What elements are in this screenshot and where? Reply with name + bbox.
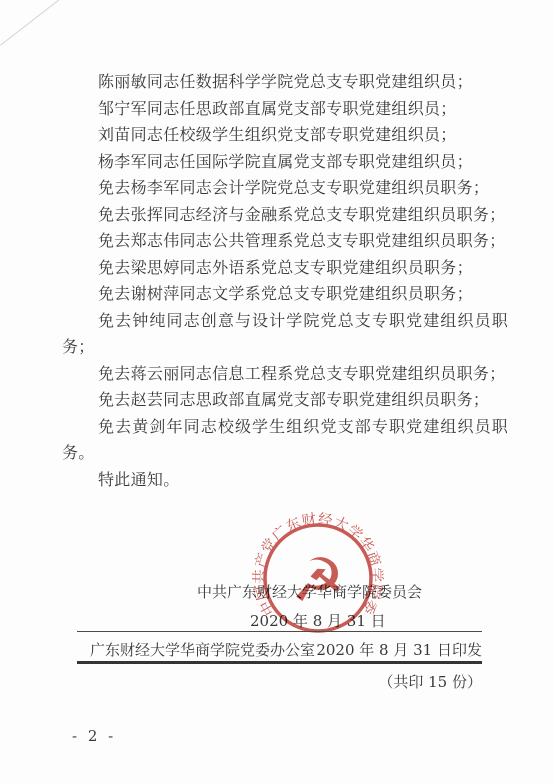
hammer-sickle-icon: ☭ bbox=[291, 546, 345, 616]
body-paragraph: 免去黄剑年同志校级学生组织党支部专职党建组织员职务。 bbox=[62, 414, 508, 467]
body-paragraph: 杨李军同志任国际学院直属党支部专职党建组织员； bbox=[62, 149, 508, 176]
footer-imprint-line: 广东财经大学华商学院党委办公室 2020 年 8 月 31 日印发 bbox=[90, 639, 482, 660]
document-body: 陈丽敏同志任数据科学学院党总支专职党建组织员； 邹宁军同志任思政部直属党支部专职… bbox=[62, 69, 508, 493]
body-paragraph: 陈丽敏同志任数据科学学院党总支专职党建组织员； bbox=[62, 69, 508, 96]
body-paragraph: 免去张挥同志经济与金融系党总支专职党建组织员职务； bbox=[62, 202, 508, 229]
body-paragraph: 免去蒋云丽同志信息工程系党总支专职党建组织员职务； bbox=[62, 361, 508, 388]
scan-corner-artifact bbox=[0, 0, 59, 46]
body-paragraph: 免去梁思婷同志外语系党总支专职党建组织员职务； bbox=[62, 255, 508, 282]
official-document-page: 陈丽敏同志任数据科学学院党总支专职党建组织员； 邹宁军同志任思政部直属党支部专职… bbox=[0, 0, 554, 783]
body-paragraph: 刘苗同志任校级学生组织党支部专职党建组织员； bbox=[62, 122, 508, 149]
footer-rule-bottom bbox=[77, 661, 482, 664]
body-paragraph: 免去钟纯同志创意与设计学院党总支专职党建组织员职务； bbox=[62, 308, 508, 361]
page-number: - 2 - bbox=[72, 727, 116, 745]
body-paragraph: 邹宁军同志任思政部直属党支部专职党建组织员； bbox=[62, 96, 508, 123]
copies-count: （共印 15 份） bbox=[378, 671, 482, 692]
footer-issuer: 广东财经大学华商学院党委办公室 bbox=[90, 639, 315, 660]
body-paragraph: 免去郑志伟同志公共管理系党总支专职党建组织员职务； bbox=[62, 228, 508, 255]
body-paragraph: 免去杨李军同志会计学院党总支专职党建组织员职务； bbox=[62, 175, 508, 202]
footer-print-date: 2020 年 8 月 31 日印发 bbox=[316, 639, 482, 660]
closing-notice: 特此通知。 bbox=[62, 467, 508, 494]
body-paragraph: 免去谢树萍同志文学系党总支专职党建组织员职务； bbox=[62, 281, 508, 308]
body-paragraph: 免去赵芸同志思政部直属党支部专职党建组织员职务； bbox=[62, 387, 508, 414]
footer-rule-top bbox=[77, 631, 482, 632]
